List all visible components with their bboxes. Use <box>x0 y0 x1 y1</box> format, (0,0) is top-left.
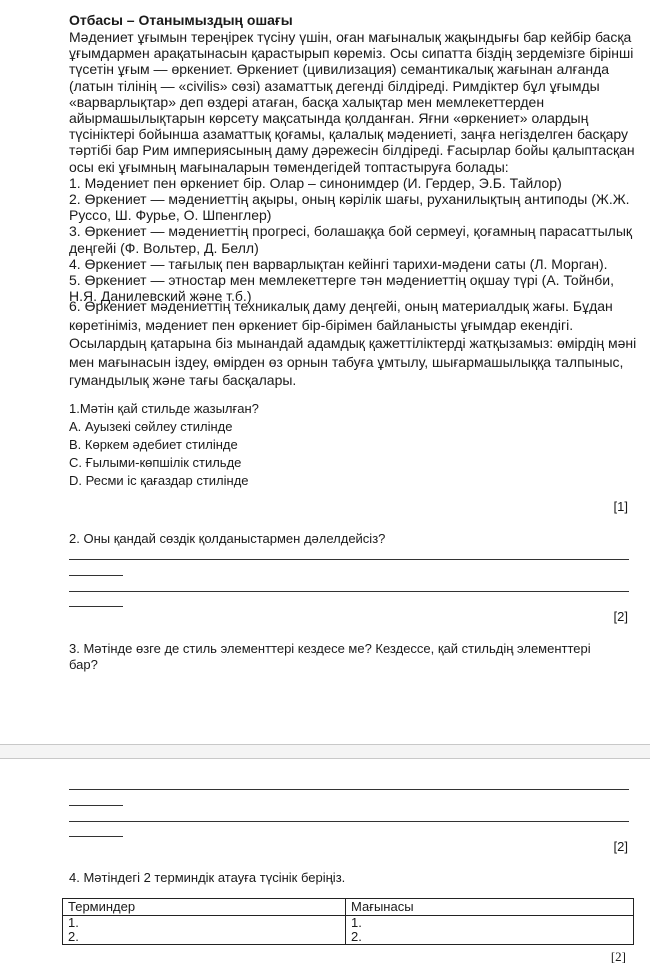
reading-text-continued: 6. Өркениет мәдениеттің техникалық даму … <box>69 297 639 390</box>
question-4-score: [2] <box>611 949 626 965</box>
text-line: түсініктері бойынша азаматтық қоғамы, қа… <box>69 126 639 142</box>
option-a: A. Ауызекі сөйлеу стилінде <box>69 418 259 436</box>
table-row: 2. 2. <box>63 930 634 945</box>
meaning-cell[interactable]: 1. <box>346 916 634 931</box>
text-line: 5. Өркениет — этностар мен мемлекеттерге… <box>69 272 639 288</box>
text-line: Руссо, Ш. Фурье, О. Шпенглер) <box>69 207 639 223</box>
text-line: түсетін ұғым — өркениет. Өркениет (цивил… <box>69 61 639 77</box>
answer-line-short[interactable] <box>69 606 123 607</box>
meaning-cell[interactable]: 2. <box>346 930 634 945</box>
question-3-text-line-2: бар? <box>69 656 98 673</box>
answer-line[interactable] <box>69 559 629 560</box>
answer-line[interactable] <box>69 821 629 822</box>
text-line: деңгейі (Ф. Вольтер, Д. Белл) <box>69 240 639 256</box>
option-d: D. Ресми іс қағаздар стилінде <box>69 472 259 490</box>
question-3-score: [2] <box>614 839 628 854</box>
term-cell[interactable]: 2. <box>63 930 346 945</box>
text-line: тәртібі бар Рим империясының даму дәреже… <box>69 142 639 158</box>
answer-line-short[interactable] <box>69 836 123 837</box>
question-2-score: [2] <box>614 609 628 624</box>
answer-line[interactable] <box>69 789 629 790</box>
question-1-text: 1.Мәтін қай стильде жазылған? <box>69 400 259 418</box>
answer-line-short[interactable] <box>69 805 123 806</box>
table-row: 1. 1. <box>63 916 634 931</box>
text-line: мен мағынасын іздеу, өмірден өз орнын та… <box>69 353 639 372</box>
text-line: айырмашылықтарын көрсету мақсатында қолд… <box>69 110 639 126</box>
meaning-header: Мағынасы <box>346 899 634 916</box>
question-2-text: 2. Оны қандай сөздік қолданыстармен дәле… <box>69 530 385 547</box>
reading-text: Мәдениет ұғымын тереңірек түсіну үшін, о… <box>69 29 639 304</box>
question-1-score: [1] <box>614 499 628 514</box>
text-line: «варварлықтар» деп өздері атаған, басқа … <box>69 94 639 110</box>
terms-table: Терминдер Мағынасы 1. 1. 2. 2. <box>62 898 634 945</box>
text-line: гумандылық және тағы басқалары. <box>69 371 639 390</box>
text-line: 3. Өркениет — мәдениеттің прогресі, бола… <box>69 223 639 239</box>
question-4-text: 4. Мәтіндегі 2 терминдік атауға түсінік … <box>69 869 345 886</box>
terms-header: Терминдер <box>63 899 346 916</box>
text-line: Мәдениет ұғымын тереңірек түсіну үшін, о… <box>69 29 639 45</box>
text-line: 6. Өркениет мәдениеттің техникалық даму … <box>69 297 639 316</box>
text-line: көретініміз, мәдениет пен өркениет бір-б… <box>69 316 639 335</box>
question-1: 1.Мәтін қай стильде жазылған? A. Ауызекі… <box>69 400 259 490</box>
text-line: 4. Өркениет — тағылық пен варварлықтан к… <box>69 256 639 272</box>
text-line: ұғымдармен арақатынасын қарастырып көрем… <box>69 45 639 61</box>
page-break-divider <box>0 744 650 759</box>
answer-line-short[interactable] <box>69 575 123 576</box>
text-line: (латын тілінің — «civilis» сөзі) азаматт… <box>69 78 639 94</box>
answer-line[interactable] <box>69 591 629 592</box>
question-3-text-line-1: 3. Мәтінде өзге де стиль элементтері кез… <box>69 640 591 657</box>
term-cell[interactable]: 1. <box>63 916 346 931</box>
option-b: B. Көркем әдебиет стилінде <box>69 436 259 454</box>
text-line: осы екі ұғымның мағыналарын төмендегідей… <box>69 159 639 175</box>
text-line: Осылардың қатарына біз мынандай адамдық … <box>69 334 639 353</box>
text-line: 2. Өркениет — мәдениеттің ақыры, оның кә… <box>69 191 639 207</box>
text-line: 1. Мәдениет пен өркениет бір. Олар – син… <box>69 175 639 191</box>
document-title: Отбасы – Отанымыздың ошағы <box>69 12 293 29</box>
option-c: C. Ғылыми-көпшілік стильде <box>69 454 259 472</box>
